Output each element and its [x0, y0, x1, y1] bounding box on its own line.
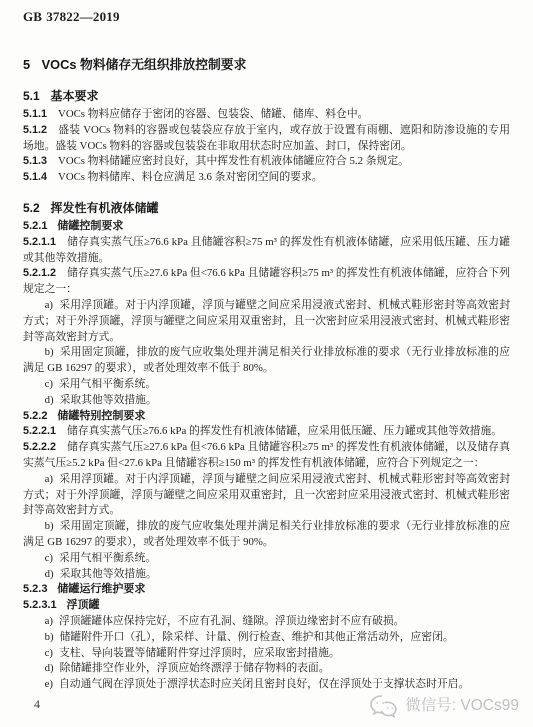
- item-label: d): [45, 662, 54, 674]
- clause-paragraph: 5.2.1.1储存真实蒸气压≥76.6 kPa 且储罐容积≥75 m³ 的挥发性…: [23, 235, 510, 267]
- heading-title: 挥发性有机液体储罐: [50, 201, 158, 215]
- item-text: 采用气相平衡系统。: [59, 378, 156, 390]
- clause-text: 储存真实蒸气压≥27.6 kPa 但<76.6 kPa 且储罐容积≥75 m³ …: [23, 441, 510, 469]
- clause-number: 5.1.4: [23, 171, 47, 183]
- item-text: 采取其他等效措施。: [60, 394, 157, 406]
- item-label: c): [45, 647, 53, 659]
- list-item: d)采取其他等效措施。: [23, 393, 510, 409]
- clause-text: 盛装 VOCs 物料的容器或包装袋应存放于室内，或存放于设置有雨棚、遮阳和防渗设…: [23, 124, 510, 152]
- list-item: d)采取其他等效措施。: [23, 567, 510, 583]
- clause-number: 5.2.2.1: [23, 425, 56, 437]
- item-text: 支柱、导向装置等储罐附件穿过浮顶时，应采取密封措施。: [59, 647, 340, 659]
- list-item: d)除储罐排空作业外，浮顶应始终漂浮于储存物料的表面。: [23, 661, 510, 677]
- item-label: c): [45, 378, 53, 390]
- item-text: 采用气相平衡系统。: [59, 552, 156, 564]
- clause-number: 5.1.2: [23, 124, 47, 136]
- subsection-heading: 5.2.2储罐特别控制要求: [23, 409, 510, 425]
- clause-paragraph: 5.1.1VOCs 物料应储存于密闭的容器、包装袋、储罐、储库、料仓中。: [23, 107, 510, 123]
- list-item: b)采用固定顶罐，排放的废气应收集处理并满足相关行业排放标准的要求（无行业排放标…: [23, 345, 510, 377]
- item-label: c): [45, 552, 53, 564]
- watermark-text: 微信号: VOCs99: [405, 694, 519, 718]
- clause-text: VOCs 物料应储存于密闭的容器、包装袋、储罐、储库、料仓中。: [58, 108, 368, 120]
- list-item: c)支柱、导向装置等储罐附件穿过浮顶时，应采取密封措施。: [23, 646, 510, 662]
- item-text: 浮顶罐罐体应保持完好，不应有孔洞、缝隙。浮顶边缘密封不应有破损。: [59, 615, 405, 627]
- clause-text: 储存真实蒸气压≥76.6 kPa 且储罐容积≥75 m³ 的挥发性有机液体储罐，…: [23, 236, 510, 264]
- clause-number: 5.1.3: [23, 155, 47, 167]
- heading-number: 5.1: [23, 89, 40, 103]
- item-text: 采用浮顶罐。对于内浮顶罐，浮顶与罐壁之间应采用浸液式密封、机械式鞋形密封等高效密…: [23, 473, 510, 517]
- item-text: 自动通气阀在浮顶处于漂浮状态时应关闭且密封良好，仅在浮顶处于支撑状态时开启。: [59, 678, 469, 690]
- clause-number: 5.2.2.2: [23, 441, 56, 453]
- item-label: a): [45, 299, 53, 311]
- clause-number: 5.1.1: [23, 108, 47, 120]
- item-text: 采取其他等效措施。: [60, 568, 157, 580]
- standard-prefix: GB: [23, 9, 42, 24]
- heading-number: 5.2.1: [23, 220, 47, 232]
- subsection-heading: 5.2.1储罐控制要求: [23, 219, 510, 235]
- heading-number: 5.2.3.1: [23, 599, 57, 611]
- clause-paragraph: 5.1.4VOCs 物料储库、料仓应满足 3.6 条对密闭空间的要求。: [23, 170, 510, 186]
- list-item: a)采用浮顶罐。对于内浮顶罐，浮顶与罐壁之间应采用浸液式密封、机械式鞋形密封等高…: [23, 472, 510, 519]
- heading-title: VOCs 物料储存无组织排放控制要求: [42, 57, 247, 72]
- clause-number: 5.2.1.2: [23, 267, 56, 279]
- item-label: a): [45, 615, 53, 627]
- clause-paragraph: 5.2.2.2储存真实蒸气压≥27.6 kPa 但<76.6 kPa 且储罐容积…: [23, 440, 510, 472]
- clause-paragraph: 5.2.2.1储存真实蒸气压≥76.6 kPa 的挥发性有机液体储罐，应采用低压…: [23, 424, 510, 440]
- item-text: 采用固定顶罐，排放的废气应收集处理并满足相关行业排放标准的要求（无行业排放标准的…: [23, 346, 510, 374]
- list-item: b)储罐附件开口（孔），除采样、计量、例行检查、维护和其他正常活动外，应密闭。: [23, 630, 510, 646]
- item-label: b): [45, 631, 54, 643]
- heading-title: 基本要求: [50, 89, 98, 103]
- heading-number: 5: [23, 57, 30, 72]
- item-text: 采用浮顶罐。对于内浮顶罐，浮顶与罐壁之间应采用浸液式密封、机械式鞋形密封等高效密…: [23, 299, 510, 343]
- clause-number: 5.2.1.1: [23, 236, 56, 248]
- section-heading: 5.2挥发性有机液体储罐: [23, 200, 510, 217]
- clause-paragraph: 5.2.1.2储存真实蒸气压≥27.6 kPa 但<76.6 kPa 且储罐容积…: [23, 266, 510, 298]
- item-label: e): [45, 678, 53, 690]
- heading-title: 储罐运行维护要求: [57, 583, 145, 595]
- heading-number: 5.2.3: [23, 583, 47, 595]
- list-item: b)采用固定顶罐，排放的废气应收集处理并满足相关行业排放标准的要求（无行业排放标…: [23, 519, 510, 551]
- standard-number: 37822—2019: [46, 9, 120, 24]
- heading-title: 浮顶罐: [67, 599, 100, 611]
- heading-title: 储罐控制要求: [57, 220, 123, 232]
- item-label: d): [45, 568, 54, 580]
- watermark: 微信号: VOCs99: [368, 693, 519, 719]
- item-text: 储罐附件开口（孔），除采样、计量、例行检查、维护和其他正常活动外，应密闭。: [60, 631, 454, 643]
- list-item: a)采用浮顶罐。对于内浮顶罐，浮顶与罐壁之间应采用浸液式密封、机械式鞋形密封等高…: [23, 298, 510, 345]
- clause-text: VOCs 物料储库、料仓应满足 3.6 条对密闭空间的要求。: [58, 171, 323, 183]
- section-heading: 5.1基本要求: [23, 88, 510, 105]
- heading-title: 储罐特别控制要求: [57, 410, 145, 422]
- heading-number: 5.2: [23, 201, 40, 215]
- document-body: 5VOCs 物料储存无组织排放控制要求5.1基本要求5.1.1VOCs 物料应储…: [23, 56, 510, 693]
- list-item: e)自动通气阀在浮顶处于漂浮状态时应关闭且密封良好，仅在浮顶处于支撑状态时开启。: [23, 677, 510, 693]
- page-number: 4: [34, 697, 40, 713]
- clause-text: 储存真实蒸气压≥76.6 kPa 的挥发性有机液体储罐，应采用低压罐、压力罐或其…: [67, 425, 502, 437]
- clause-text: 储存真实蒸气压≥27.6 kPa 但<76.6 kPa 且储罐容积≥75 m³ …: [23, 267, 510, 295]
- chapter-heading: 5VOCs 物料储存无组织排放控制要求: [23, 56, 510, 74]
- item-label: b): [45, 346, 54, 358]
- list-item: c)采用气相平衡系统。: [23, 551, 510, 567]
- document-page: GB37822—2019 5VOCs 物料储存无组织排放控制要求5.1基本要求5…: [0, 0, 533, 727]
- heading-number: 5.2.2: [23, 410, 47, 422]
- standard-code-header: GB37822—2019: [23, 9, 510, 25]
- item-label: d): [45, 394, 54, 406]
- list-item: a)浮顶罐罐体应保持完好，不应有孔洞、缝隙。浮顶边缘密封不应有破损。: [23, 614, 510, 630]
- item-text: 除储罐排空作业外，浮顶应始终漂浮于储存物料的表面。: [60, 662, 330, 674]
- subsection-heading: 5.2.3储罐运行维护要求: [23, 582, 510, 598]
- wechat-icon: [368, 693, 400, 719]
- list-item: c)采用气相平衡系统。: [23, 377, 510, 393]
- subsection-heading: 5.2.3.1浮顶罐: [23, 598, 510, 614]
- item-text: 采用固定顶罐，排放的废气应收集处理并满足相关行业排放标准的要求（无行业排放标准的…: [23, 520, 510, 548]
- clause-text: VOCs 物料储罐应密封良好，其中挥发性有机液体储罐应符合 5.2 条规定。: [58, 155, 409, 167]
- item-label: b): [45, 520, 54, 532]
- clause-paragraph: 5.1.3VOCs 物料储罐应密封良好，其中挥发性有机液体储罐应符合 5.2 条…: [23, 154, 510, 170]
- item-label: a): [45, 473, 53, 485]
- clause-paragraph: 5.1.2盛装 VOCs 物料的容器或包装袋应存放于室内，或存放于设置有雨棚、遮…: [23, 123, 510, 155]
